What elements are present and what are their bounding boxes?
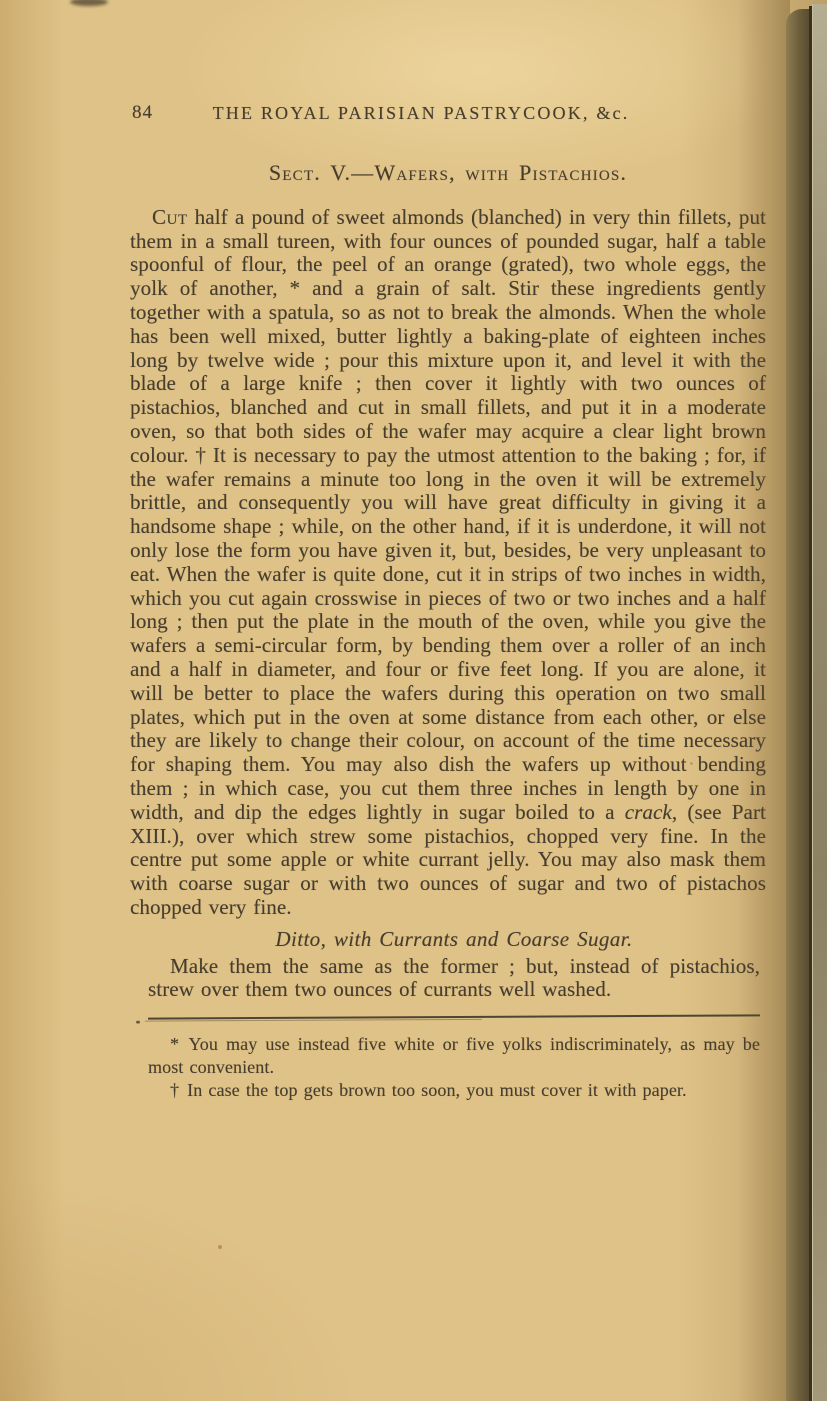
footnote-asterisk: * You may use instead five white or five… (148, 1033, 760, 1079)
subsection-block: Ditto, with Currants and Coarse Sugar. M… (148, 928, 760, 1102)
page-number: 84 (132, 101, 153, 125)
text-column: 84 THE ROYAL PARISIAN PASTRYCOOK, &c. Se… (130, 0, 766, 1102)
page-edge-outer-strip (812, 4, 827, 1401)
running-title: THE ROYAL PARISIAN PASTRYCOOK, &c. (183, 102, 659, 126)
subsection-heading: Ditto, with Currants and Coarse Sugar. (148, 928, 760, 952)
section-body-paragraph: Cut half a pound of sweet almonds (blanc… (130, 206, 766, 920)
section-heading: Sect. V.—Wafers, with Pistachios. (130, 161, 766, 185)
paragraph-text: half a pound of sweet almonds (blanched)… (130, 205, 766, 824)
dagger-marker: † (170, 1080, 181, 1100)
italic-word: crack (625, 800, 672, 824)
running-header: 84 THE ROYAL PARISIAN PASTRYCOOK, &c. (130, 101, 766, 125)
footnotes: * You may use instead five white or five… (148, 1033, 760, 1102)
page-edge-shadow (738, 0, 790, 1401)
footnote-dagger: † In case the top gets brown too soon, y… (148, 1079, 760, 1102)
subsection-body-paragraph: Make them the same as the former ; but, … (148, 955, 760, 1003)
asterisk-marker: * (170, 1034, 181, 1054)
footnote-text: You may use instead five white or five y… (148, 1034, 760, 1077)
footnote-rule (148, 1014, 760, 1019)
lead-word: Cut (152, 205, 188, 229)
page-edge-dark-band (786, 9, 811, 1401)
paper-speck (218, 1245, 222, 1249)
footnote-text: In case the top gets brown too soon, you… (187, 1080, 687, 1100)
book-page-scan: 84 THE ROYAL PARISIAN PASTRYCOOK, &c. Se… (0, 0, 827, 1401)
